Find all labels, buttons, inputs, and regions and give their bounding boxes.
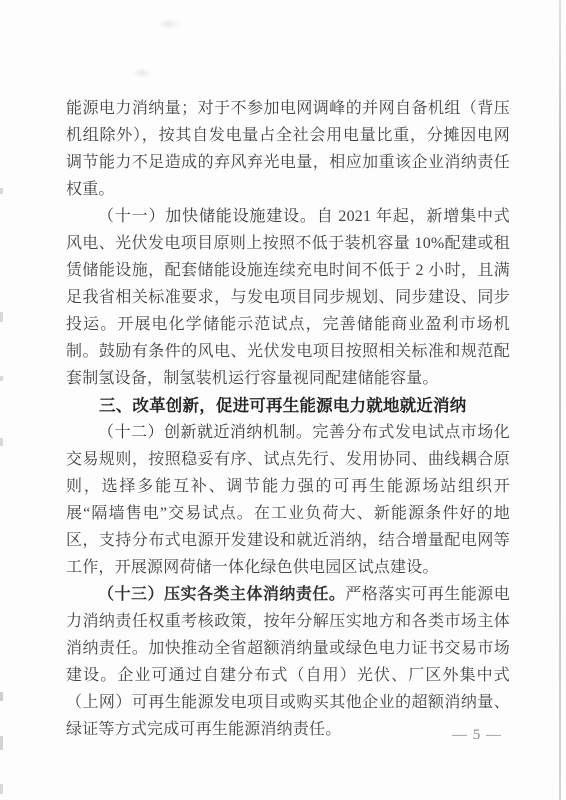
scan-smudge <box>158 18 180 30</box>
scan-edge-mark <box>0 188 3 194</box>
section-heading: 三、改革创新，促进可再生能源电力就地就近消纳 <box>66 392 510 419</box>
paragraph-item-12: （十二）创新就近消纳机制。完善分布式发电试点市场化交易规则，按照稳妥有序、试点先… <box>66 419 510 581</box>
scan-edge-mark <box>0 376 3 381</box>
item-12-lead: （十二）创新就近消纳机制。 <box>98 424 312 441</box>
item-13-lead: （十三）压实各类主体消纳责任。 <box>98 586 345 603</box>
document-body: 能源电力消纳量；对于不参加电网调峰的并网自备机组（背压机组除外），按其自发电量占… <box>66 95 510 743</box>
item-12-body: 完善分布式发电试点市场化交易规则，按照稳妥有序、试点先行、发用协同、曲线耦合原则… <box>66 424 510 576</box>
item-11-body: 自 2021 年起，新增集中式风电、光伏发电项目原则上按照不低于装机容量 10%… <box>66 208 510 387</box>
item-13-body: 严格落实可再生能源电力消纳责任权重考核政策，按年分解压实地方和各类市场主体消纳责… <box>66 586 510 738</box>
page-edge-line <box>559 0 561 800</box>
scan-edge-mark <box>0 312 3 322</box>
paragraph-continuation: 能源电力消纳量；对于不参加电网调峰的并网自备机组（背压机组除外），按其自发电量占… <box>66 95 510 203</box>
scan-edge-mark <box>0 438 3 446</box>
paragraph-item-11: （十一）加快储能设施建设。自 2021 年起，新增集中式风电、光伏发电项目原则上… <box>66 203 510 392</box>
scan-edge-mark <box>0 692 3 701</box>
scanned-document-page: 能源电力消纳量；对于不参加电网调峰的并网自备机组（背压机组除外），按其自发电量占… <box>0 0 566 800</box>
scan-edge-mark <box>0 736 3 750</box>
paragraph-item-13: （十三）压实各类主体消纳责任。严格落实可再生能源电力消纳责任权重考核政策，按年分… <box>66 581 510 743</box>
scan-smudge <box>132 68 152 78</box>
scan-edge-mark <box>0 784 3 794</box>
item-11-lead: （十一）加快储能设施建设。 <box>98 208 317 225</box>
page-number: — 5 — <box>432 724 522 746</box>
